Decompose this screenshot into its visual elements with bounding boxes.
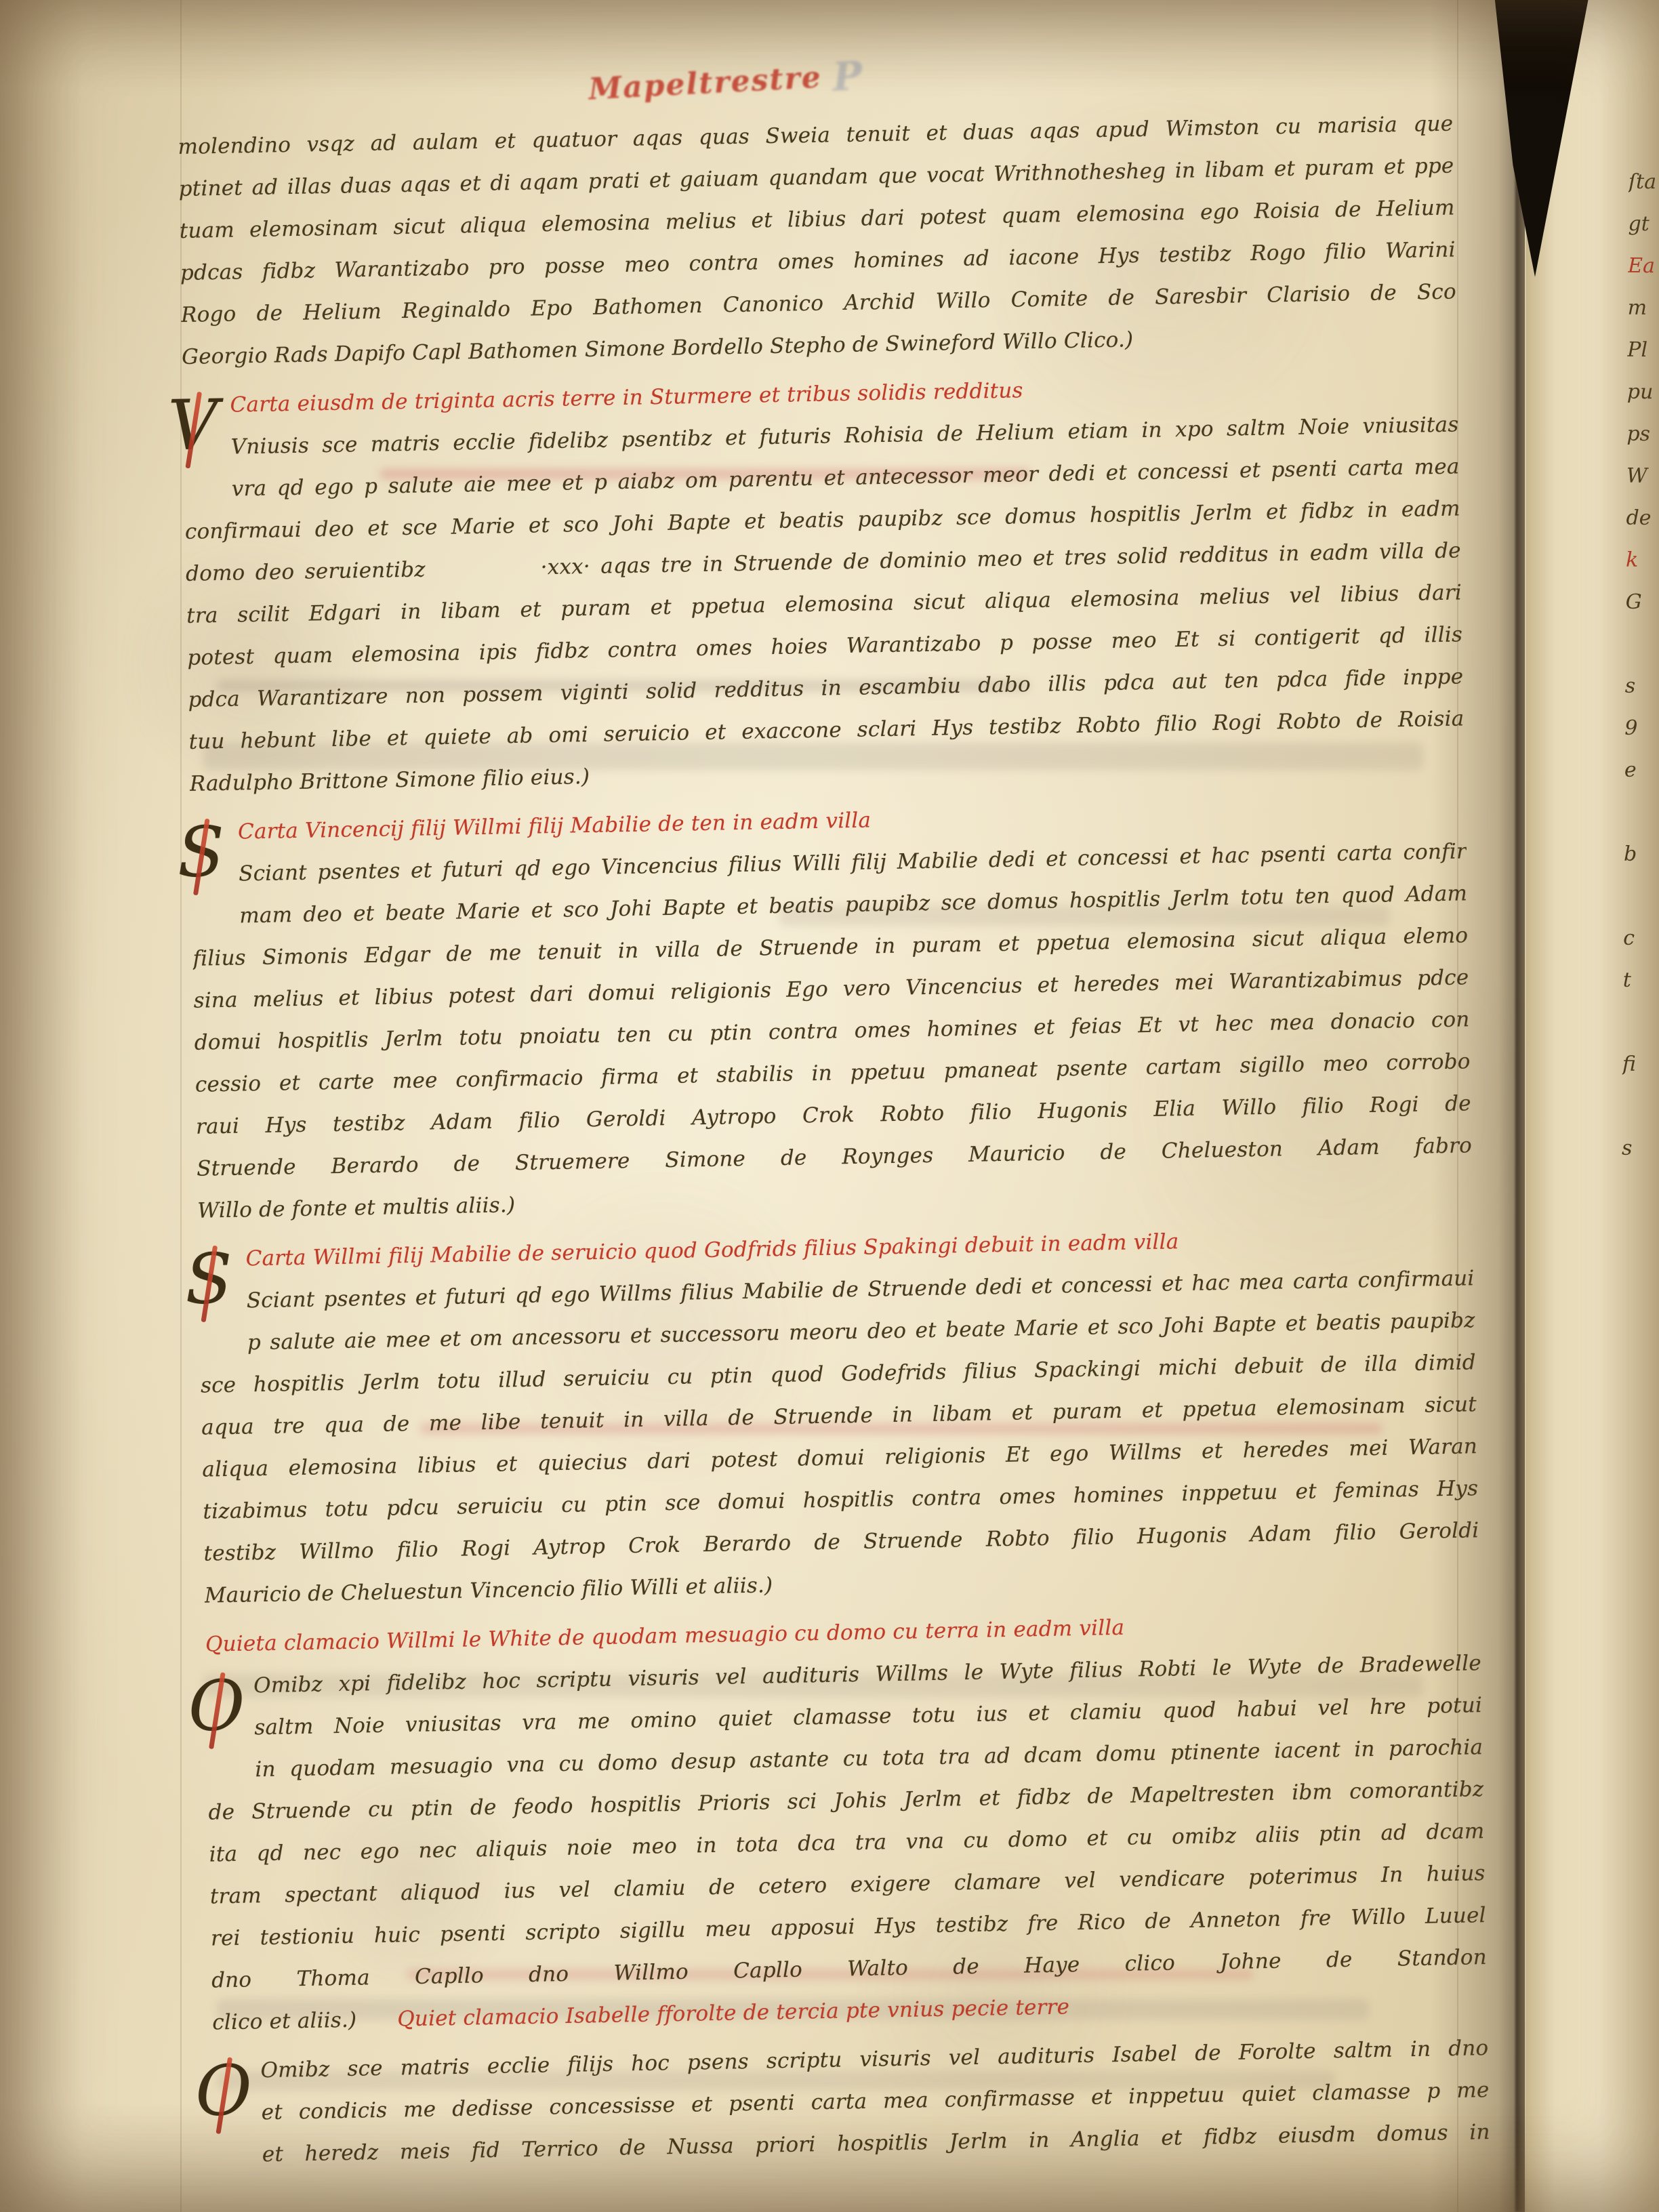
letter-fragment: b: [1624, 834, 1659, 876]
text-run: [356, 2026, 397, 2027]
charter-section: molendino vsqz ad aulam et quatuor aqas …: [178, 103, 1458, 378]
charter-section: VCarta eiusdm de triginta acris terre in…: [182, 361, 1465, 804]
letter-fragment: s: [1625, 665, 1659, 708]
charter-section: Quieta clamacio Willmi le White de quoda…: [205, 1600, 1488, 2043]
letter-fragment: de: [1626, 497, 1659, 539]
charter-section: OOmibz sce matris ecclie filijs hoc psen…: [213, 2027, 1490, 2176]
inline-rubric-text: Quiet clamacio Isabelle fforolte de terc…: [397, 1994, 1070, 2031]
rubric-text: Carta eiusdm de triginta acris terre in …: [230, 378, 1023, 417]
letter-fragment: [1622, 1002, 1659, 1044]
illuminated-initial: O: [187, 1668, 247, 1753]
letter-fragment: t: [1623, 960, 1659, 1002]
facing-page-text-fragments: ſtagtEamPlpupsWdekGs9ebctfis: [1622, 161, 1659, 1170]
illuminated-initial: O: [194, 2052, 253, 2137]
text-run: domo deo seruientibz: [186, 557, 426, 586]
letter-fragment: m: [1627, 287, 1659, 329]
text-run: Willo de fonte et multis aliis.): [197, 1193, 516, 1223]
letter-fragment: e: [1624, 750, 1659, 792]
letter-fragment: gt: [1628, 203, 1659, 245]
illuminated-initial: S: [179, 1241, 239, 1326]
running-title: MapeltrestreP: [587, 48, 864, 108]
running-title-text: Mapeltrestre: [588, 60, 823, 107]
manuscript-page: MapeltrestreP molendino vsqz ad aulam et…: [0, 0, 1659, 2212]
letter-fragment: W: [1626, 455, 1659, 497]
illuminated-initial: S: [171, 814, 231, 899]
letter-fragment: pu: [1627, 371, 1659, 413]
charter-section: SCarta Vincencij filij Willmi filij Mabi…: [190, 788, 1473, 1231]
charter-section: SCarta Willmi filij Mabilie de seruicio …: [198, 1215, 1480, 1616]
letter-fragment: [1622, 1086, 1659, 1128]
letter-fragment: [1624, 792, 1659, 834]
letter-fragment: c: [1623, 918, 1659, 960]
letter-fragment: Ea: [1628, 245, 1659, 287]
gutter-shadow-line: [1515, 0, 1526, 2212]
text-run: Georgio Rads Dapifo Capl Bathomen Simone…: [182, 327, 1134, 369]
letter-fragment: [1625, 623, 1659, 665]
text-block: molendino vsqz ad aulam et quatuor aqas …: [178, 103, 1490, 2184]
facing-page-edge: ſtagtEamPlpupsWdekGs9ebctfis: [1526, 0, 1659, 2212]
letter-fragment: Pl: [1627, 329, 1659, 371]
letter-fragment: fi: [1622, 1044, 1659, 1086]
illuminated-initial: V: [163, 387, 223, 472]
letter-fragment: ps: [1626, 413, 1659, 455]
text-run: clico et aliis.): [212, 2008, 357, 2035]
letter-fragment: k: [1626, 539, 1659, 581]
text-run: Mauricio de Cheluestun Vincencio filio W…: [204, 1573, 773, 1607]
letter-fragment: G: [1625, 581, 1659, 623]
letter-fragment: ſta: [1629, 161, 1659, 203]
letter-fragment: 9: [1624, 708, 1659, 750]
letter-fragment: [1623, 876, 1659, 918]
letter-fragment: s: [1622, 1128, 1659, 1170]
text-run: Radulpho Brittone Simone filio eius.): [189, 764, 590, 796]
text-run: [426, 573, 541, 576]
rubric-text: Carta Vincencij filij Willmi filij Mabil…: [238, 808, 872, 844]
show-through-letter: P: [832, 52, 865, 100]
